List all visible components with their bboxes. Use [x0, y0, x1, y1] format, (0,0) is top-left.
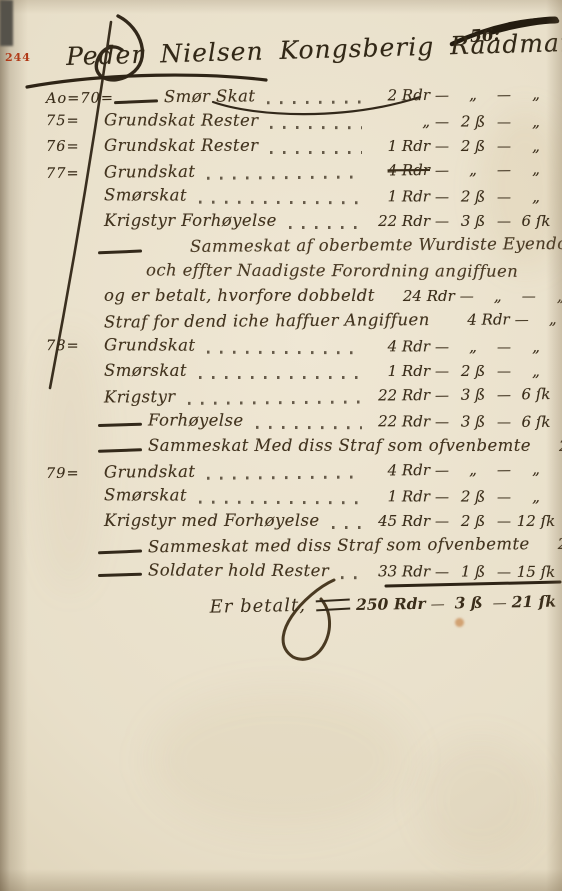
year-label: 78=	[46, 338, 98, 354]
ledger-row: Straf for dend iche haffuer Angiffuen 4 …	[46, 309, 556, 338]
lead-stroke	[114, 99, 158, 104]
ledger-row: Krigstyr Forhøyelse 22 Rdr — 3 ß — 6 ſk	[46, 211, 556, 236]
amount-riksdaler: 22 Rdr	[372, 212, 430, 230]
amount-skilling: „	[516, 137, 556, 155]
equals-mark	[316, 599, 351, 612]
entry-label: Forhøyelse	[148, 410, 244, 429]
dot-leader	[199, 376, 362, 379]
amount-skilling: „	[516, 460, 556, 478]
amount-dash: —	[430, 88, 454, 104]
amount-ort: 2 ß	[454, 488, 492, 506]
amount-ort: 2 ß	[454, 512, 492, 530]
amount-ort: 2 ß	[454, 137, 492, 155]
entry-label: Smørskat	[104, 361, 187, 380]
ledger-row: og er betalt, hvorfore dobbeldt 24 Rdr —…	[46, 286, 556, 311]
amount-dash: —	[430, 114, 454, 130]
amount-ort: „	[454, 86, 492, 104]
entry-label: Straf for dend iche haffuer Angiffuen	[104, 310, 430, 332]
amount-skilling: „	[516, 338, 556, 356]
dot-leader	[207, 476, 362, 480]
amount-dash: —	[492, 565, 516, 581]
ledger-row: Soldater hold Rester 33 Rdr — 1 ß — 15 ſ…	[46, 560, 556, 587]
ledger-row: och effter Naadigste Forordning angiffue…	[46, 260, 556, 287]
dot-leader	[267, 101, 362, 105]
paper-stain	[150, 690, 410, 830]
ledger-row: 78= Grundskat 4 Rdr — „ — „	[46, 335, 556, 362]
amount-skilling: 6 ſk	[516, 212, 556, 230]
amount-ort: 3 ß	[454, 386, 492, 404]
amount-skilling: 12 ſk	[516, 512, 556, 530]
amount-ort: 2 ß	[454, 188, 492, 206]
year-label: 79=	[46, 466, 98, 482]
amount-dash: —	[430, 414, 454, 430]
dot-leader	[289, 226, 362, 229]
ledger-row: Smørskat 1 Rdr — 2 ß — „	[46, 485, 556, 512]
entry-label: Krigstyr med Forhøyelse	[104, 511, 320, 530]
amount-dash: —	[492, 162, 516, 178]
amount-dash: —	[492, 462, 516, 478]
amount-dash: —	[455, 289, 479, 305]
amount-dash: —	[517, 289, 541, 305]
lead-stroke	[98, 249, 142, 254]
ledger-row: Sammeskat med diss Straf som ofvenbemte …	[46, 534, 556, 563]
amount-ort: „	[454, 161, 492, 179]
total-riksdaler: 250 Rdr	[356, 594, 426, 614]
amount-ort: 1 ß	[454, 563, 492, 581]
amount-skilling: „	[516, 362, 556, 380]
ledger-row: Smørskat 1 Rdr — 2 ß — „	[46, 185, 556, 212]
amount-riksdaler: 33 Rdr	[372, 562, 430, 580]
entry-label: Krigstyr Forhøyelse	[104, 211, 277, 230]
amount-dash: —	[430, 139, 454, 155]
amount-ort: „	[454, 338, 492, 356]
amount-riksdaler: 4 Rdr	[452, 310, 510, 328]
amount-dash: —	[492, 87, 516, 103]
amount-dash: —	[430, 189, 454, 205]
amount-riksdaler: 2 Rdr	[372, 86, 430, 104]
entry-label: Sammeskat med diss Straf som ofvenbemte	[148, 534, 530, 556]
dot-leader	[332, 526, 362, 529]
amount-dash: —	[492, 340, 516, 356]
amount-ort: „	[534, 310, 562, 328]
amount-ort: 3 ß	[454, 413, 492, 431]
amount-riksdaler: 1 Rdr	[372, 487, 430, 505]
ledger-row: 79= Grundskat 4 Rdr — „ — „	[46, 459, 556, 488]
amount-riksdaler: 4 Rdr	[372, 461, 430, 479]
ledger-row: Sammeskat af oberbemte Wurdiste Eyendom …	[46, 234, 556, 263]
amount-skilling: „	[516, 85, 556, 103]
amount-dash: —	[430, 489, 454, 505]
entry-label: og er betalt, hvorfore dobbeldt	[104, 286, 375, 305]
ledger-row: 77= Grundskat 4 Rdr — „ — „	[46, 159, 556, 188]
entry-label: Grundskat Rester	[104, 136, 258, 155]
amount-riksdaler: 45 Rdr	[372, 512, 430, 530]
amount-skilling: 6 ſk	[516, 385, 556, 403]
entry-label: Grundskat	[104, 335, 195, 354]
amount-riksdaler: 22 Rdr	[372, 386, 430, 404]
amount-ort: 3 ß	[454, 212, 492, 230]
amount-dash: —	[430, 163, 454, 179]
page-title: Peder Nielsen Kongsberig Raadmand,	[66, 30, 497, 71]
ledger-row: Krigstyr 22 Rdr — 3 ß — 6 ſk	[46, 384, 556, 413]
binding-corner-shadow	[0, 0, 13, 46]
amount-riksdaler: 22 Rdr	[372, 412, 430, 430]
entry-label: Soldater hold Rester	[148, 560, 329, 580]
entry-label: Smørskat	[104, 185, 187, 204]
entry-label: Smør Skat	[164, 86, 256, 106]
total-ort: 3 ß	[449, 593, 487, 613]
entry-label: Sammeskat af oberbemte Wurdiste Eyendom	[190, 234, 562, 256]
dot-leader	[199, 501, 362, 505]
amount-dash: —	[492, 514, 516, 530]
ledger-row: Krigstyr med Forhøyelse 45 Rdr — 2 ß — 1…	[46, 511, 556, 536]
lead-stroke	[98, 423, 142, 427]
amount-skilling: „	[541, 287, 562, 305]
ledger-row: 75= Grundskat Rester „ — 2 ß — „	[46, 110, 556, 137]
amount-riksdaler: 28 Rdr	[553, 437, 562, 455]
amount-dash: —	[430, 564, 454, 580]
amount-riksdaler: 24 Rdr	[397, 287, 455, 305]
amount-dash: —	[492, 190, 516, 206]
entry-label: Grundskat	[104, 462, 196, 482]
dot-leader	[207, 176, 362, 180]
amount-dash: —	[430, 388, 454, 404]
amount-dash: —	[430, 214, 454, 230]
amount-dash: —	[430, 339, 454, 355]
lead-stroke	[98, 448, 142, 453]
dot-leader	[188, 401, 362, 405]
dot-leader	[270, 151, 362, 154]
amount-dash: —	[510, 312, 534, 328]
amount-dash: —	[430, 463, 454, 479]
total-row: Er betalt, 250 Rdr — 3 ß — 21 ſk	[46, 591, 556, 621]
manuscript-page: 244 56: Peder Nielsen Kongsberig Raadman…	[0, 0, 562, 891]
ledger-rows: Ao=70= Smør Skat 2 Rdr — „ — „ 75= Grund…	[46, 86, 556, 586]
dot-leader	[341, 576, 362, 579]
amount-ort: „	[479, 287, 517, 305]
amount-skilling: 15 ſk	[516, 563, 556, 581]
ledger-row: 76= Grundskat Rester 1 Rdr — 2 ß — „	[46, 136, 556, 161]
total-skilling: 21 ſk	[511, 592, 556, 612]
amount-riksdaler: 1 Rdr	[372, 362, 430, 380]
ledger-row: Sammeskat Med diss Straf som ofvenbemte …	[46, 436, 556, 461]
folio-number: 56:	[469, 25, 500, 47]
amount-dash: —	[430, 364, 454, 380]
amount-riksdaler: 28 Rdr	[552, 535, 562, 553]
dot-leader	[207, 351, 362, 355]
lead-stroke	[98, 549, 142, 554]
amount-ort: „	[454, 461, 492, 479]
amount-dash: —	[492, 364, 516, 380]
amount-dash: —	[492, 139, 516, 155]
amount-dash: —	[425, 596, 449, 612]
entry-label: Smørskat	[104, 485, 187, 504]
year-label: 75=	[46, 113, 98, 129]
amount-skilling: „	[516, 113, 556, 131]
paper-stain	[420, 740, 540, 860]
dot-leader	[270, 126, 362, 129]
amount-skilling: „	[516, 488, 556, 506]
amount-skilling: „	[516, 188, 556, 206]
year-label: 77=	[46, 166, 98, 182]
amount-riksdaler: 4 Rdr	[372, 337, 430, 355]
amount-dash: —	[430, 514, 454, 530]
archive-margin-number: 244	[5, 51, 31, 64]
amount-dash: —	[492, 387, 516, 403]
amount-skilling: „	[516, 160, 556, 178]
amount-riksdaler: „	[372, 112, 430, 130]
entry-label: Grundskat Rester	[104, 110, 258, 130]
amount-riksdaler: 4 Rdr	[372, 161, 430, 179]
amount-dash: —	[492, 415, 516, 431]
lead-stroke	[98, 573, 142, 577]
ledger-row: Forhøyelse 22 Rdr — 3 ß — 6 ſk	[46, 410, 556, 437]
ledger-row: Smørskat 1 Rdr — 2 ß — „	[46, 361, 556, 386]
ledger-row: Ao=70= Smør Skat 2 Rdr — „ — „	[46, 84, 556, 113]
entry-label: Krigstyr	[104, 387, 176, 407]
ink-spot	[455, 618, 464, 627]
amount-riksdaler: 1 Rdr	[372, 137, 430, 155]
amount-riksdaler: 1 Rdr	[372, 187, 430, 205]
amount-dash: —	[492, 115, 516, 131]
year-label: Ao=70=	[46, 90, 114, 107]
entry-label: och effter Naadigste Forordning angiffue…	[146, 260, 518, 280]
year-label: 76=	[46, 139, 98, 155]
amount-dash: —	[492, 490, 516, 506]
entry-label: Grundskat	[104, 162, 196, 182]
amount-skilling: 6 ſk	[516, 413, 556, 431]
amount-dash: —	[492, 214, 516, 230]
dot-leader	[256, 426, 362, 429]
amount-dash: —	[487, 595, 511, 611]
dot-leader	[199, 201, 362, 205]
tax-ledger: Ao=70= Smør Skat 2 Rdr — „ — „ 75= Grund…	[46, 86, 556, 616]
entry-label: Sammeskat Med diss Straf som ofvenbemte	[148, 436, 531, 455]
amount-ort: 2 ß	[454, 362, 492, 380]
amount-ort: 2 ß	[454, 113, 492, 131]
total-label: Er betalt,	[209, 595, 306, 618]
